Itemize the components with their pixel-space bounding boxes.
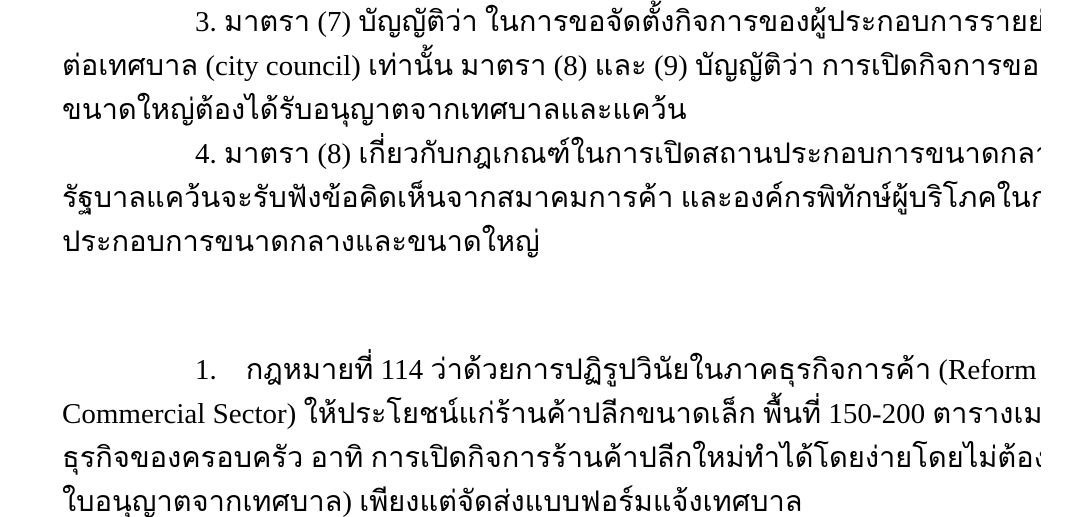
paragraph-item-1: 1. กฎหมายที่ 114 ว่าด้วยการปฏิรูปวินัยใน… [62,348,1041,517]
text-line: Commercial Sector) ให้ประโยชน์แก่ร้านค้า… [62,392,1041,436]
text-line: ธุรกิจของครอบครัว อาทิ การเปิดกิจการร้าน… [62,436,1041,480]
text-line: รัฐบาลแคว้นจะรับฟังข้อคิดเห็นจากสมาคมการ… [62,176,1041,220]
text-line: 4. มาตรา (8) เกี่ยวกับกฎเกณฑ์ในการเปิดสถ… [62,132,1041,176]
text-line: ขนาดใหญ่ต้องได้รับอนุญาตจากเทศบาลและแคว้… [62,88,1041,132]
text-line: 1. กฎหมายที่ 114 ว่าด้วยการปฏิรูปวินัยใน… [62,348,1041,392]
paragraph-item-4: 4. มาตรา (8) เกี่ยวกับกฎเกณฑ์ในการเปิดสถ… [62,132,1041,264]
text-line: ต่อเทศบาล (city council) เท่านั้น มาตรา … [62,44,1041,88]
text-line: ประกอบการขนาดกลางและขนาดใหญ่ [62,220,1041,264]
section-header: ●ข้อมูลทั่วไปเกี่ยวกับธุรกิจค้าปลีก/ค้าส… [62,290,1041,334]
text-line: 3. มาตรา (7) บัญญัติว่า ในการขอจัดตั้งกิ… [62,0,1041,44]
text-line: ใบอนุญาตจากเทศบาล) เพียงแต่จัดส่งแบบฟอร์… [62,480,1041,517]
document-page: 3. มาตรา (7) บัญญัติว่า ในการขอจัดตั้งกิ… [0,0,1081,517]
paragraph-item-3: 3. มาตรา (7) บัญญัติว่า ในการขอจัดตั้งกิ… [62,0,1041,132]
